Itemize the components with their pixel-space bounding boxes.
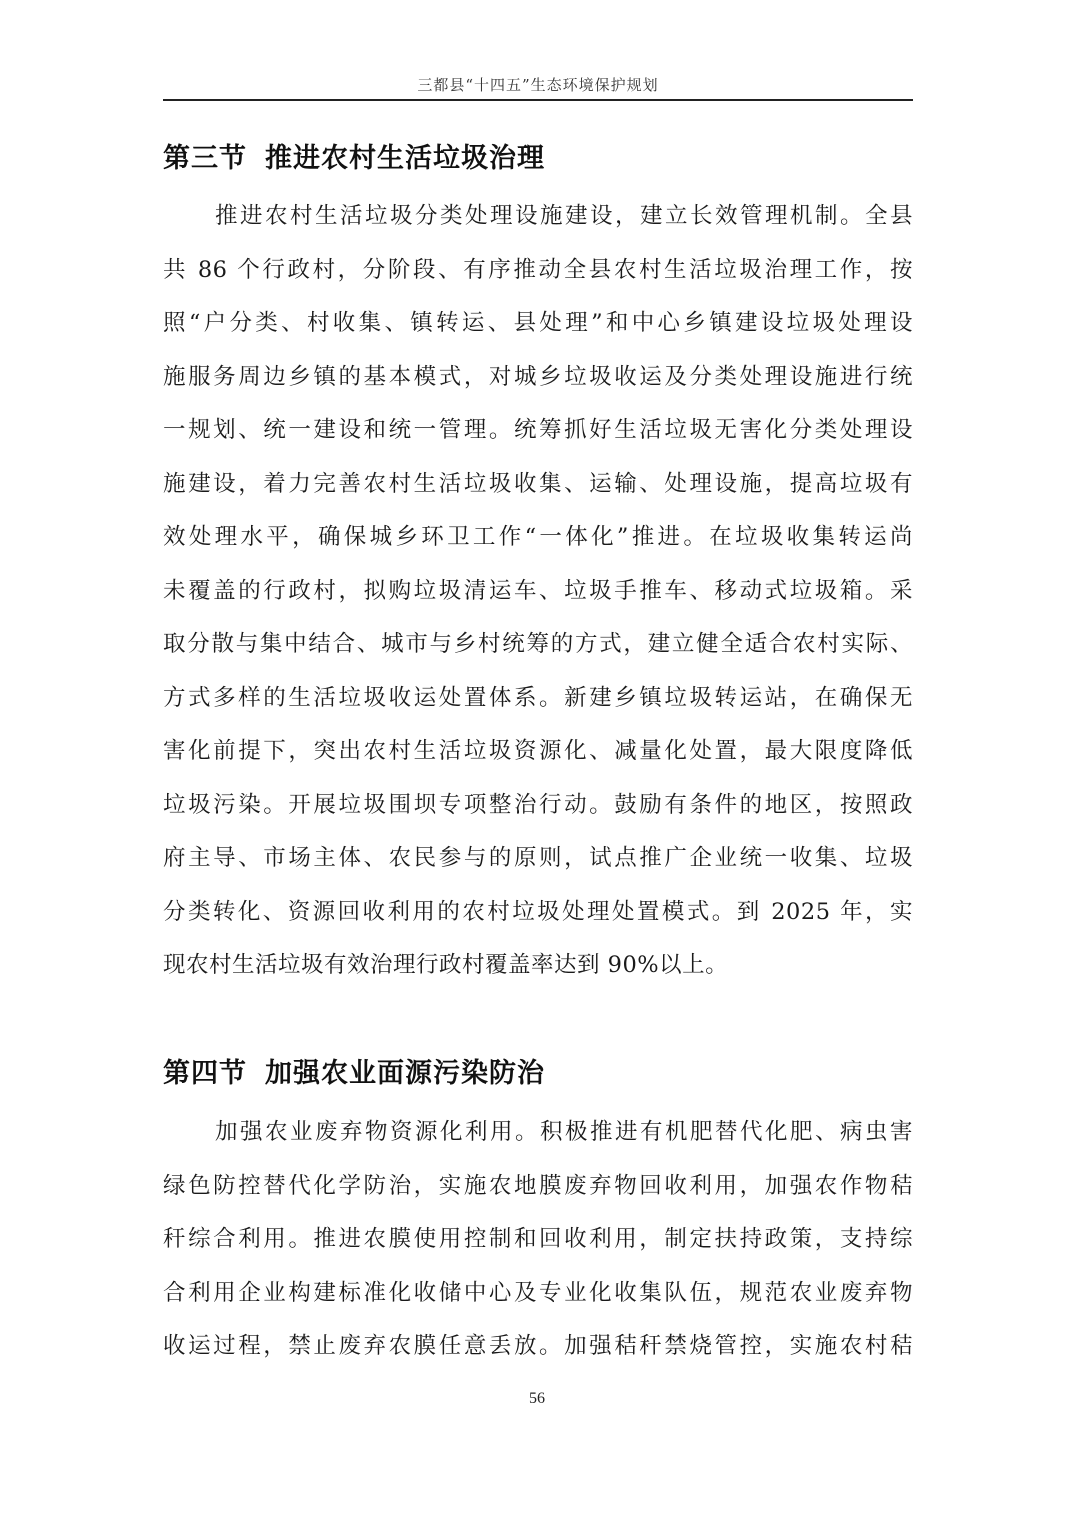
page-number: 56 [0,1390,1074,1408]
section-4-paragraph: 加强农业废弃物资源化利用。积极推进有机肥替代化肥、病虫害 绿色防控替代化学防治，… [163,1106,913,1374]
text-line: 一规划、统一建设和统一管理。统筹抓好生活垃圾无害化分类处理设 [163,404,913,458]
section-number: 第三节 [163,143,247,174]
text-line: 分类转化、资源回收利用的农村垃圾处理处置模式。到 2025 年，实 [163,886,913,940]
section-3-paragraph: 推进农村生活垃圾分类处理设施建设，建立长效管理机制。全县 共 86 个行政村，分… [163,190,913,993]
text-line: 绿色防控替代化学防治，实施农地膜废弃物回收利用，加强农作物秸 [163,1160,913,1214]
text-line: 共 86 个行政村，分阶段、有序推动全县农村生活垃圾治理工作，按 [163,244,913,298]
text-line: 府主导、市场主体、农民参与的原则，试点推广企业统一收集、垃圾 [163,832,913,886]
text-line: 取分散与集中结合、城市与乡村统筹的方式，建立健全适合农村实际、 [163,618,913,672]
text-line: 施服务周边乡镇的基本模式，对城乡垃圾收运及分类处理设施进行统 [163,351,913,405]
text-line: 秆综合利用。推进农膜使用控制和回收利用，制定扶持政策，支持综 [163,1213,913,1267]
section-title: 加强农业面源污染防治 [265,1058,545,1089]
section-heading-3: 第三节推进农村生活垃圾治理 [163,136,545,175]
text-line: 效处理水平，确保城乡环卫工作“一体化”推进。在垃圾收集转运尚 [163,511,913,565]
text-line: 推进农村生活垃圾分类处理设施建设，建立长效管理机制。全县 [163,190,913,244]
text-line: 合利用企业构建标准化收储中心及专业化收集队伍，规范农业废弃物 [163,1267,913,1321]
text-line: 现农村生活垃圾有效治理行政村覆盖率达到 90%以上。 [163,939,913,993]
text-line: 垃圾污染。开展垃圾围坝专项整治行动。鼓励有条件的地区，按照政 [163,779,913,833]
text-line: 施建设，着力完善农村生活垃圾收集、运输、处理设施，提高垃圾有 [163,458,913,512]
section-number: 第四节 [163,1058,247,1089]
text-line: 未覆盖的行政村，拟购垃圾清运车、垃圾手推车、移动式垃圾箱。采 [163,565,913,619]
section-heading-4: 第四节加强农业面源污染防治 [163,1051,545,1090]
section-title: 推进农村生活垃圾治理 [265,143,545,174]
text-line: 害化前提下，突出农村生活垃圾资源化、减量化处置，最大限度降低 [163,725,913,779]
text-line: 照“户分类、村收集、镇转运、县处理”和中心乡镇建设垃圾处理设 [163,297,913,351]
text-line: 加强农业废弃物资源化利用。积极推进有机肥替代化肥、病虫害 [163,1106,913,1160]
text-line: 收运过程，禁止废弃农膜任意丢放。加强秸秆禁烧管控，实施农村秸 [163,1320,913,1374]
text-line: 方式多样的生活垃圾收运处置体系。新建乡镇垃圾转运站，在确保无 [163,672,913,726]
running-header: 三都县“十四五”生态环境保护规划 [163,74,913,95]
header-divider [163,99,913,101]
